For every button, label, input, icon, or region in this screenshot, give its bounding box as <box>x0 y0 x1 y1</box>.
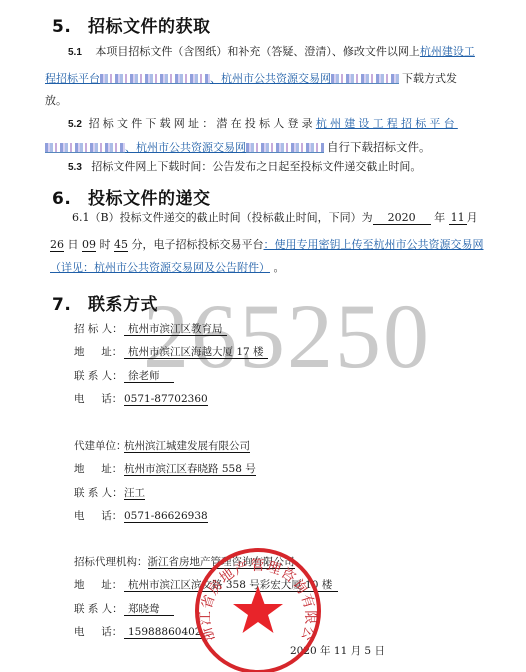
clause-text: 招标文件网上下载时间：公告发布之日起至投标文件递交截止时间。 <box>91 160 421 173</box>
tenderer-phone-row: 电 话：0571-87702360 <box>74 391 208 406</box>
link-hangzhou-construction-platform[interactable]: 杭州建设工 <box>420 45 475 58</box>
paragraph-6-1-line2: 26 日 09 时 45 分，电子招标投标交易平台：使用专用密钥上传至杭州市公共… <box>50 238 484 252</box>
field-value: 杭州滨江城建发展有限公司 <box>124 440 250 453</box>
redacted-url <box>331 74 399 84</box>
clause-number: 5.1 <box>68 47 82 58</box>
paragraph-5-2-line2: 、杭州市公共资源交易网自行下载招标文件。 <box>45 140 431 155</box>
unit-label: 时 <box>100 238 111 251</box>
clause-text: 招标文件下载网址：潜在投标人登录 <box>89 117 316 130</box>
section-5-heading: 5.招标文件的获取 <box>52 12 211 37</box>
seal-graphic: 浙江省房地产管理咨询有限公司 <box>195 548 321 672</box>
field-label: 联 系 人： <box>74 601 124 616</box>
unit-label: 日 <box>68 238 79 251</box>
unit-label: 年 <box>434 211 445 224</box>
separator: 、 <box>125 141 136 154</box>
link-hangzhou-public-resource-exchange[interactable]: 杭州市公共资源交易网 <box>136 141 246 154</box>
watermark-number: 265250 <box>143 290 431 382</box>
tenderer-contact-row: 联 系 人：徐老师 <box>74 368 174 383</box>
deadline-minute: 45 <box>114 239 128 252</box>
paragraph-5-1-line3: 放。 <box>45 94 67 108</box>
redacted-url <box>246 143 324 153</box>
agency-contact-row: 联 系 人：郑晓鸯 <box>74 601 174 616</box>
builder-contact-row: 联 系 人：汪工 <box>74 485 145 500</box>
clause-text: 6.1（B）投标文件递交的截止时间（投标截止时间，下同）为 <box>72 211 373 224</box>
section-title: 投标文件的递交 <box>88 189 211 209</box>
deadline-day: 26 <box>50 239 64 252</box>
field-label: 地 址： <box>74 344 124 359</box>
link-hangzhou-construction-platform-cont[interactable]: 程招标平台 <box>45 72 100 85</box>
builder-name-row: 代建单位：杭州滨江城建发展有限公司 <box>74 438 250 453</box>
field-value: 杭州市滨江区海越大厦 17 楼 <box>124 346 268 359</box>
field-label: 招 标 人： <box>74 321 124 336</box>
field-label: 联 系 人： <box>74 485 124 500</box>
deadline-year: 2020 <box>373 212 431 225</box>
builder-phone-row: 电 话：0571-86626938 <box>74 508 208 523</box>
deadline-hour: 09 <box>82 239 96 252</box>
field-label: 电 话： <box>74 391 124 406</box>
paragraph-6-1-line1: 6.1（B）投标文件递交的截止时间（投标截止时间，下同）为2020 年 11月 <box>72 211 478 225</box>
paragraph-5-1-line2: 程招标平台、杭州市公共资源交易网下载方式发 <box>45 72 457 86</box>
clause-text: 下载方式发 <box>402 72 457 85</box>
field-label: 电 话： <box>74 624 124 639</box>
clause-text: 。 <box>274 261 285 274</box>
tenderer-address-row: 地 址：杭州市滨江区海越大厦 17 楼 <box>74 344 268 359</box>
field-label: 代建单位： <box>74 438 124 453</box>
field-label: 招标代理机构： <box>74 556 148 568</box>
field-label: 联 系 人： <box>74 368 124 383</box>
field-value: 郑晓鸯 <box>124 603 174 616</box>
field-value: 汪工 <box>124 487 145 500</box>
clause-text: 本项目招标文件（含图纸）和补充（答疑、澄清）、修改文件以网上 <box>95 45 420 58</box>
agency-phone-row: 电 话：15988860402 <box>74 624 202 639</box>
paragraph-5-1-line1: 5.1 本项目招标文件（含图纸）和补充（答疑、澄清）、修改文件以网上杭州建设工 <box>68 45 475 60</box>
section-number: 6. <box>52 189 88 209</box>
separator: 、 <box>210 72 221 85</box>
field-label: 地 址： <box>74 461 124 476</box>
section-number: 7. <box>52 295 88 315</box>
paragraph-6-1-line3: （详见：杭州市公共资源交易网及公告附件） 。 <box>50 261 285 275</box>
field-value: 0571-86626938 <box>124 510 208 523</box>
paragraph-5-3: 5.3 招标文件网上下载时间：公告发布之日起至投标文件递交截止时间。 <box>68 160 421 175</box>
link-hangzhou-public-resource-exchange[interactable]: 杭州市公共资源交易网 <box>221 72 331 85</box>
builder-address-row: 地 址：杭州市滨江区春晓路 558 号 <box>74 461 256 476</box>
clause-number: 5.2 <box>68 119 82 130</box>
redacted-url <box>100 74 210 84</box>
paragraph-5-2-line1: 5.2 招标文件下载网址：潜在投标人登录杭州建设工程招标平台 <box>68 117 458 132</box>
tenderer-name-row: 招 标 人：杭州市滨江区教育局 <box>74 321 227 336</box>
section-6-heading: 6.投标文件的递交 <box>52 184 211 209</box>
field-label: 电 话： <box>74 508 124 523</box>
link-see-announcement[interactable]: （详见：杭州市公共资源交易网及公告附件） <box>50 261 270 274</box>
field-value: 15988860402 <box>124 626 202 639</box>
star-icon <box>233 586 283 633</box>
field-value: 0571-87702360 <box>124 393 208 406</box>
section-title: 招标文件的获取 <box>88 17 211 37</box>
deadline-month: 11 <box>449 212 467 225</box>
section-number: 5. <box>52 17 88 37</box>
section-7-heading: 7.联系方式 <box>52 290 158 315</box>
field-value: 杭州市滨江区教育局 <box>124 323 227 336</box>
field-value: 徐老师 <box>124 370 174 383</box>
unit-label: 月 <box>467 211 478 224</box>
field-value: 杭州市滨江区春晓路 558 号 <box>124 463 256 476</box>
clause-text: 分，电子招标投标交易平台 <box>132 238 264 251</box>
field-label: 地 址： <box>74 577 124 592</box>
link-hangzhou-construction-platform[interactable]: 杭州建设工程招标平台 <box>316 117 458 130</box>
link-upload-instructions[interactable]: ：使用专用密钥上传至杭州市公共资源交易网 <box>264 238 484 251</box>
section-title: 联系方式 <box>88 295 158 315</box>
clause-number: 5.3 <box>68 162 82 173</box>
redacted-url <box>45 143 125 153</box>
company-seal: 浙江省房地产管理咨询有限公司 <box>195 548 321 672</box>
clause-text: 自行下载招标文件。 <box>327 140 431 154</box>
